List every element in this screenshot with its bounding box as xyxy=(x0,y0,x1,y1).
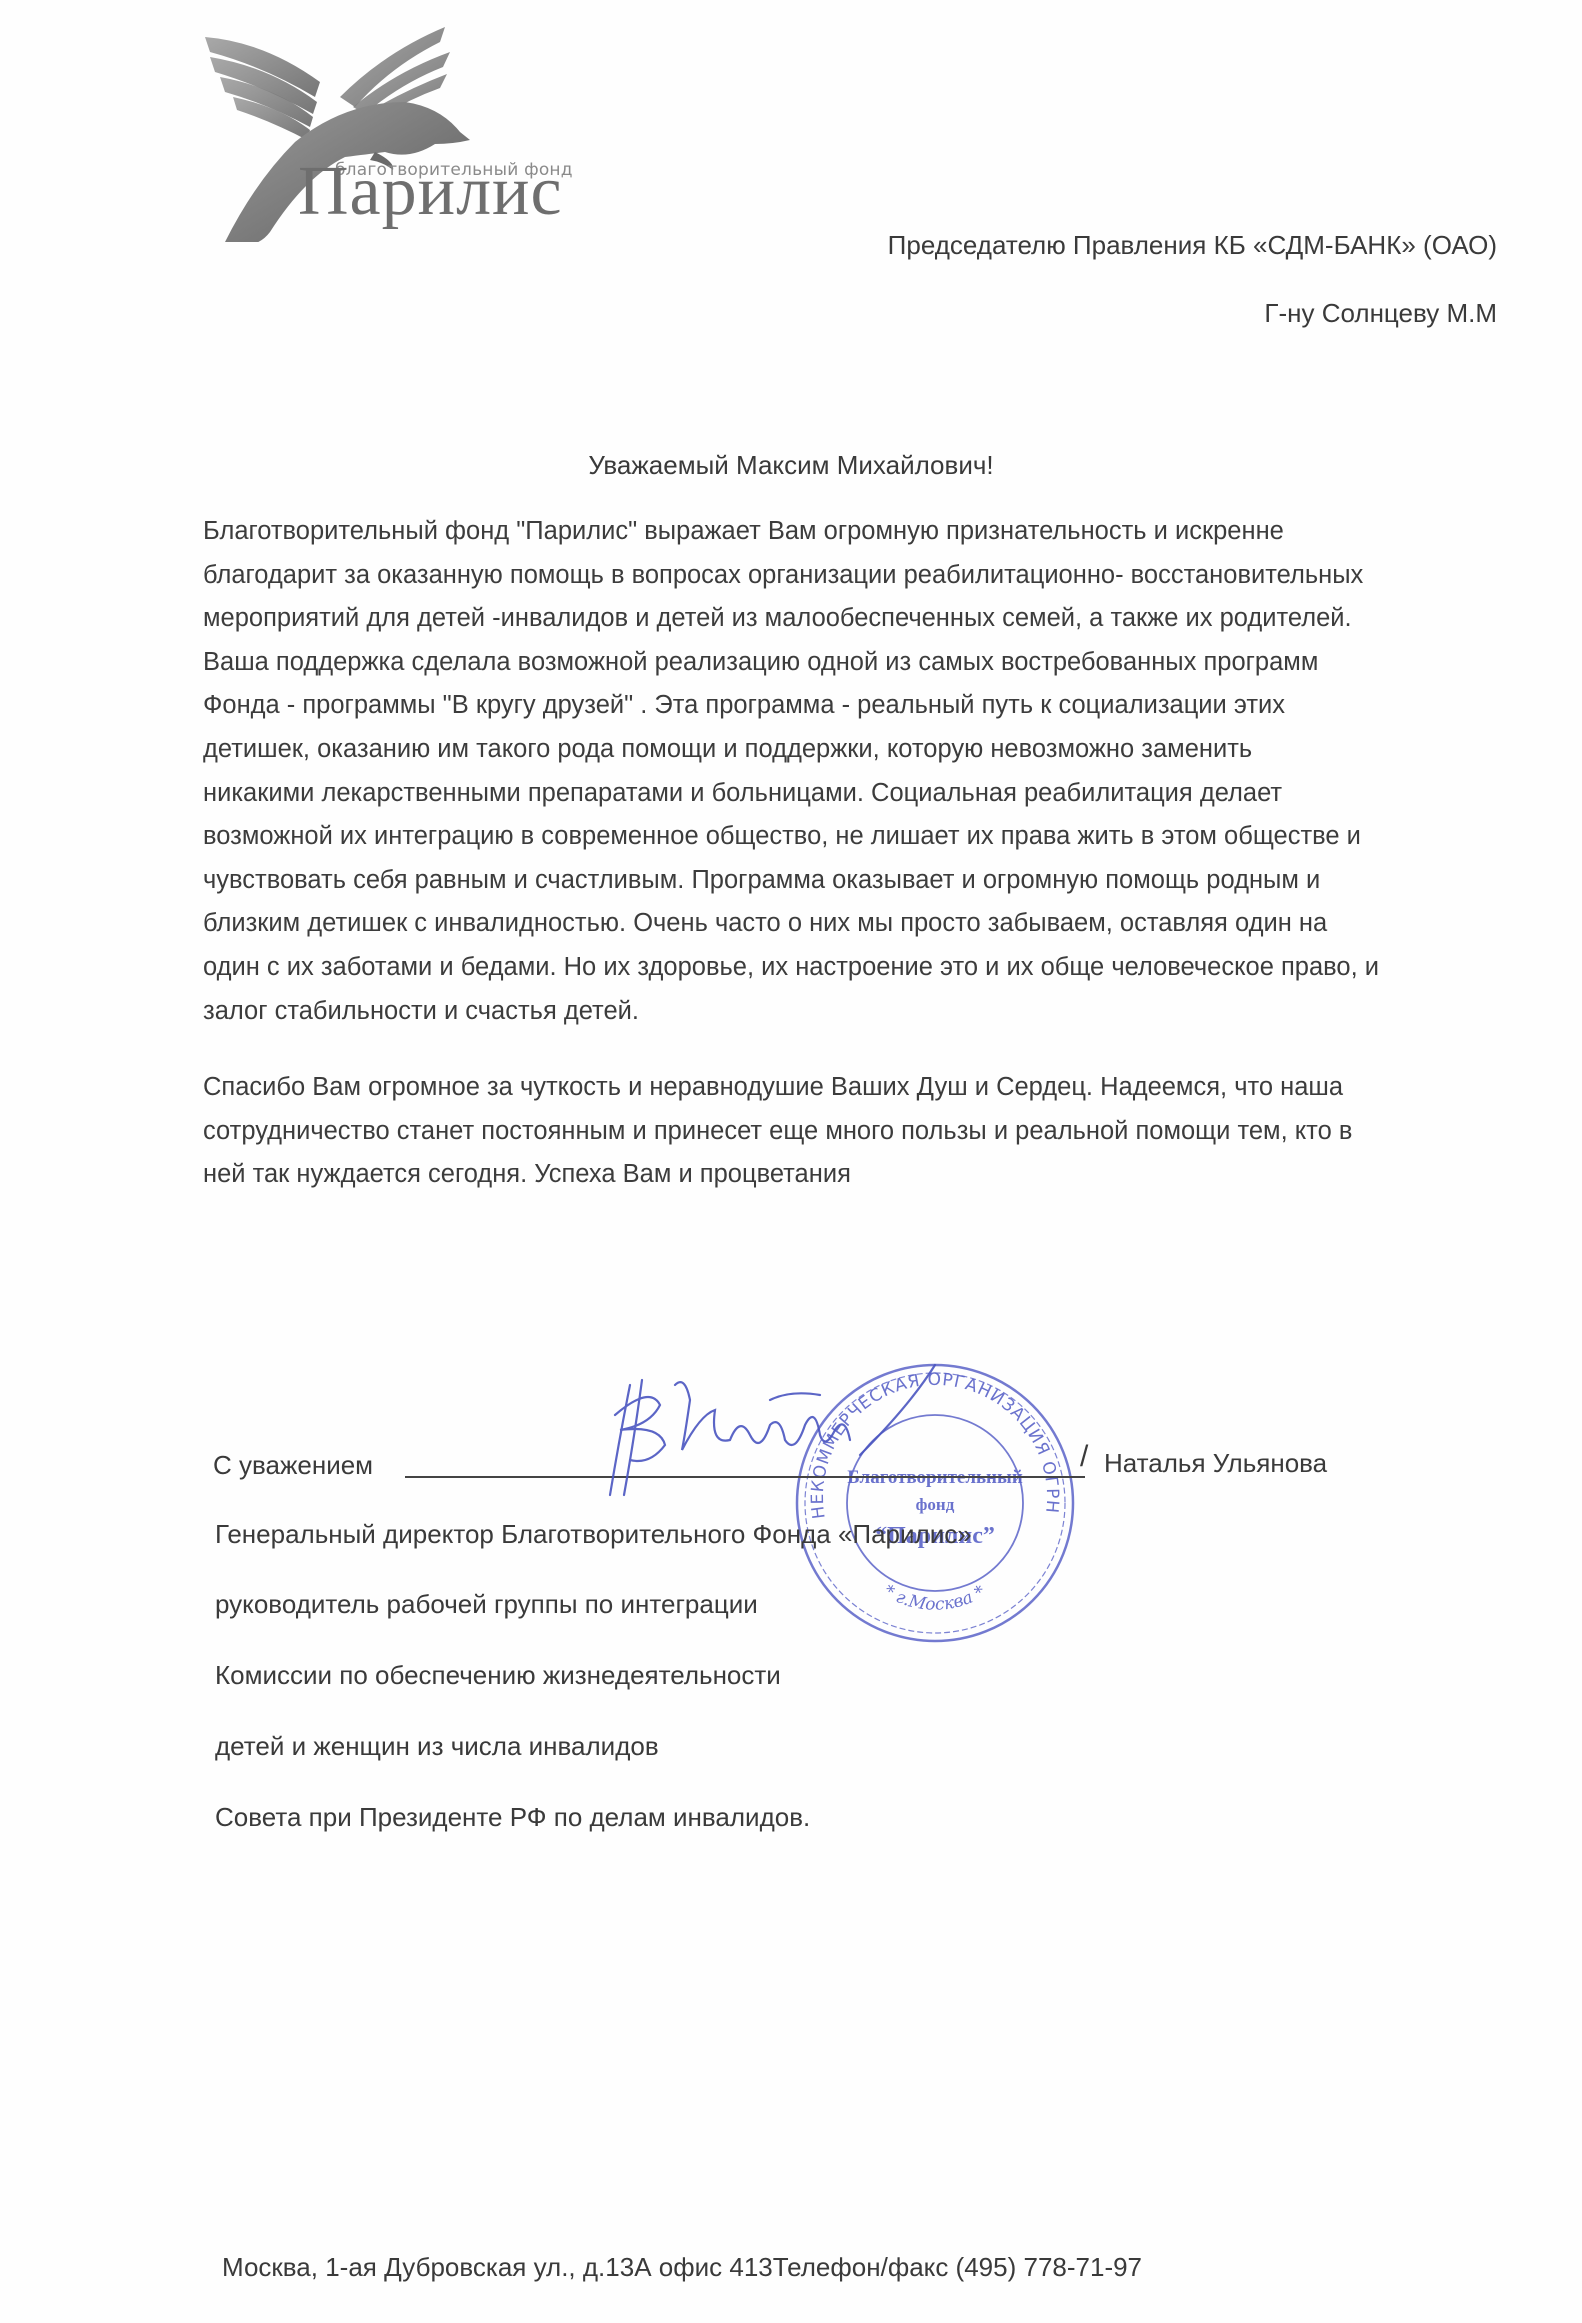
body-line: залог стабильности и счастья детей. xyxy=(203,990,1533,1034)
body-line: благодарит за оказанную помощь в вопроса… xyxy=(203,554,1533,598)
body-line: сотрудничество станет постоянным и прине… xyxy=(203,1110,1533,1154)
signer-title-line: Генеральный директор Благотворительного … xyxy=(215,1519,972,1550)
body-line: чувствовать себя равным и счастливым. Пр… xyxy=(203,859,1533,903)
signer-title-line: Совета при Президенте РФ по делам инвали… xyxy=(215,1802,810,1833)
body-line: возможной их интеграцию в современное об… xyxy=(203,815,1533,859)
signature-slash: / xyxy=(1080,1440,1088,1474)
recipient-line-1: Председателю Правления КБ «СДМ-БАНК» (ОА… xyxy=(888,230,1497,261)
signer-title-line: Комиссии по обеспечению жизнедеятельност… xyxy=(215,1660,781,1691)
svg-text:* г.Москва *: * г.Москва * xyxy=(880,1581,989,1615)
body-paragraph-1: Благотворительный фонд "Парилис" выражае… xyxy=(203,510,1533,1033)
recipient-line-2: Г-ну Солнцеву М.М xyxy=(1264,298,1497,329)
footer-address: Москва, 1-ая Дубровская ул., д.13А офис … xyxy=(222,2252,1142,2283)
signer-name: Наталья Ульянова xyxy=(1104,1448,1327,1479)
letterhead-logo: благотворительный фонд Парилис xyxy=(195,12,615,242)
body-paragraph-2: Спасибо Вам огромное за чуткость и нерав… xyxy=(203,1066,1533,1197)
body-line: один с их заботами и бедами. Но их здоро… xyxy=(203,946,1533,990)
body-line: Фонда - программы "В кругу друзей" . Эта… xyxy=(203,684,1533,728)
body-line: никакими лекарственными препаратами и бо… xyxy=(203,772,1533,816)
logo-name: Парилис xyxy=(298,157,563,227)
greeting: Уважаемый Максим Михайлович! xyxy=(0,450,1582,481)
body-line: ней так нуждается сегодня. Успеха Вам и … xyxy=(203,1153,1533,1197)
body-line: Спасибо Вам огромное за чуткость и нерав… xyxy=(203,1066,1533,1110)
body-line: детишек, оказанию им такого рода помощи … xyxy=(203,728,1533,772)
closing-text: С уважением xyxy=(213,1450,373,1481)
body-line: Благотворительный фонд "Парилис" выражае… xyxy=(203,510,1533,554)
body-line: мероприятий для детей -инвалидов и детей… xyxy=(203,597,1533,641)
stamp-city-text: * г.Москва * xyxy=(880,1581,989,1615)
handwritten-signature xyxy=(590,1345,1030,1505)
body-line: Ваша поддержка сделала возможной реализа… xyxy=(203,641,1533,685)
body-line: близким детишек с инвалидностью. Очень ч… xyxy=(203,902,1533,946)
signer-title-line: руководитель рабочей группы по интеграци… xyxy=(215,1589,758,1620)
signer-title-line: детей и женщин из числа инвалидов xyxy=(215,1731,659,1762)
